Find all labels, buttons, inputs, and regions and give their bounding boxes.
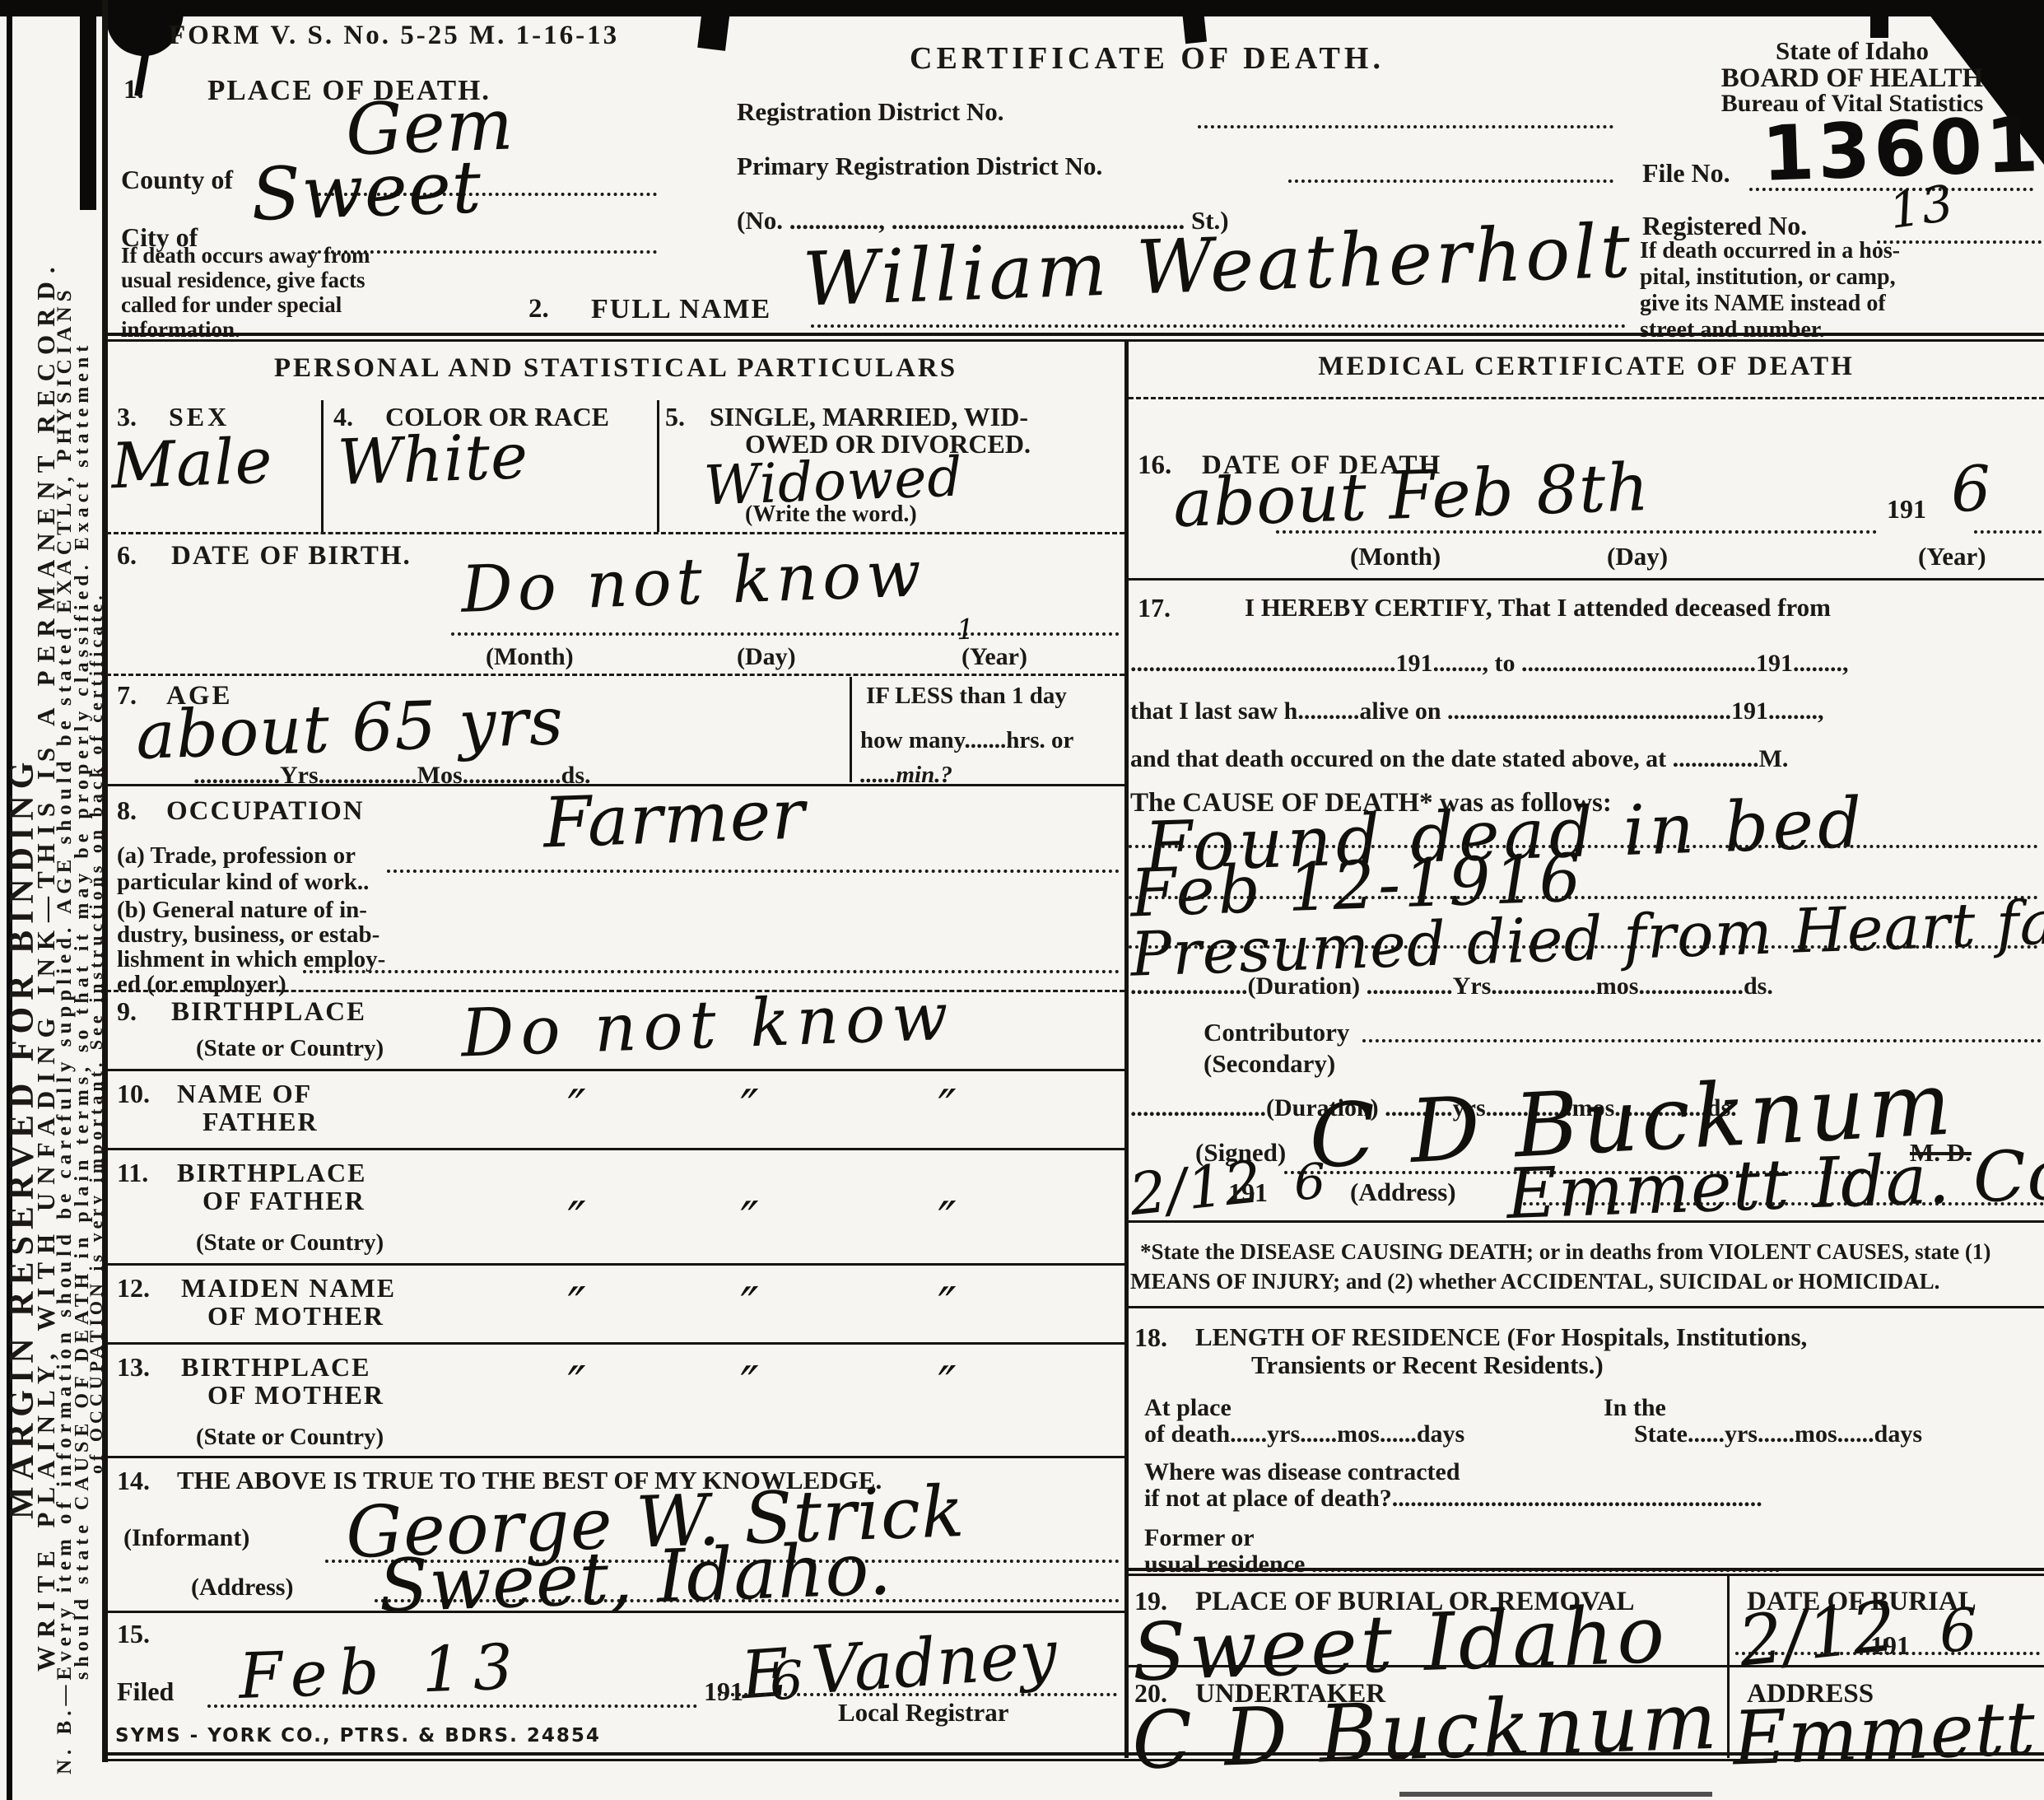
full-name-label: FULL NAME xyxy=(591,295,771,324)
birthplace-hint: (State or Country) xyxy=(196,1036,384,1061)
dotted-line xyxy=(1288,180,1613,183)
dotted-line xyxy=(303,970,1120,973)
certify-line4: and that death occured on the date state… xyxy=(1130,746,1788,772)
registration-district-label: Registration District No. xyxy=(737,99,1004,126)
mother-name-label-line1: MAIDEN NAME xyxy=(181,1275,396,1303)
scan-tear-mark xyxy=(697,8,730,51)
dotted-line xyxy=(718,1693,1117,1696)
hospital-note-line1: If death occurred in a hos- xyxy=(1640,239,1900,263)
agency-board: BOARD OF HEALTH xyxy=(1671,64,2033,93)
row-divider xyxy=(106,1148,1124,1150)
primary-district-label: Primary Registration District No. xyxy=(737,153,1102,180)
section-divider xyxy=(1129,1574,2044,1576)
occupation-b-line4: ed (or employer) xyxy=(117,972,286,996)
father-name-label-line1: NAME OF xyxy=(177,1080,312,1108)
certify-line1: I HEREBY CERTIFY, That I attended deceas… xyxy=(1245,595,1831,622)
dob-value-handwritten: Do not know xyxy=(460,542,927,623)
certify-line3: that I last saw h..........alive on ....… xyxy=(1130,698,1824,725)
dotted-line xyxy=(387,870,1120,873)
disease-contracted-line1: Where was disease contracted xyxy=(1144,1459,1460,1485)
marital-number: 5. xyxy=(665,403,685,431)
father-birthplace-label-line2: OF FATHER xyxy=(203,1187,365,1215)
birthplace-number: 9. xyxy=(117,998,137,1026)
filed-date-handwritten: Feb 13 xyxy=(238,1635,526,1708)
file-no-label: File No. xyxy=(1642,160,1730,188)
sex-number: 3. xyxy=(117,403,137,431)
registered-no-label: Registered No. xyxy=(1642,212,1807,240)
stray-mark: 1 xyxy=(956,616,975,645)
birthplace-value-handwritten: Do not know xyxy=(460,984,956,1067)
dotted-line xyxy=(1735,1652,2040,1655)
row-divider xyxy=(106,1456,1124,1458)
father-name-label-line2: FATHER xyxy=(203,1108,319,1136)
bottom-border xyxy=(106,1752,2044,1756)
undertaker-address-handwritten: Emmett Ida xyxy=(1732,1686,2044,1776)
informant-address-handwritten: Sweet, Idaho. xyxy=(378,1532,893,1623)
dob-label: DATE OF BIRTH. xyxy=(171,542,412,571)
burial-place-handwritten: Sweet Idaho xyxy=(1131,1595,1669,1693)
dotted-line xyxy=(1362,1039,2042,1042)
death-certificate-scan: MARGIN RESERVED FOR BINDING WRITE PLAINL… xyxy=(0,0,2044,1800)
ditto-mark: ″ xyxy=(740,1281,761,1331)
row-divider xyxy=(106,674,1124,676)
dotted-line xyxy=(1523,1202,2044,1205)
mother-name-number: 12. xyxy=(117,1275,150,1303)
scan-left-blot xyxy=(80,0,96,210)
filed-number: 15. xyxy=(117,1620,150,1648)
marital-label-line1: SINGLE, MARRIED, WID- xyxy=(710,403,1028,431)
occupation-number: 8. xyxy=(117,797,137,825)
ditto-mark: ″ xyxy=(567,1281,589,1331)
secondary-label: (Secondary) xyxy=(1204,1051,1335,1078)
residence-state-line: State......yrs......mos......days xyxy=(1634,1421,1922,1448)
form-number: FORM V. S. No. 5-25 M. 1-16-13 xyxy=(169,21,619,50)
residence-label-line1: LENGTH OF RESIDENCE (For Hospitals, Inst… xyxy=(1195,1324,1807,1351)
signed-address-label: (Address) xyxy=(1350,1179,1456,1206)
margin-border-line xyxy=(102,0,108,1762)
row-divider xyxy=(106,1263,1124,1266)
occupation-a-line2: particular kind of work.. xyxy=(117,870,369,894)
residence-number: 18. xyxy=(1134,1324,1167,1352)
death-day-hint: (Day) xyxy=(1607,543,1668,571)
row-divider xyxy=(1129,1665,2044,1667)
ditto-mark: ″ xyxy=(740,1196,761,1246)
ditto-mark: ″ xyxy=(567,1360,589,1411)
local-registrar-label: Local Registrar xyxy=(838,1700,1008,1727)
ditto-mark: ″ xyxy=(938,1084,959,1134)
ditto-mark: ″ xyxy=(567,1196,589,1246)
father-birthplace-label-line1: BIRTHPLACE xyxy=(177,1159,366,1187)
residence-label-line2: Transients or Recent Residents.) xyxy=(1251,1352,1604,1379)
informant-label: (Informant) xyxy=(123,1525,249,1551)
away-note-line4: information. xyxy=(121,318,240,341)
burial-year-printed: 191 xyxy=(1870,1632,1910,1660)
away-note-line2: usual residence, give facts xyxy=(121,268,365,291)
dotted-line xyxy=(1877,240,2042,244)
date-of-death-number: 16. xyxy=(1138,451,1171,480)
mother-birthplace-label-line2: OF MOTHER xyxy=(207,1382,384,1410)
residence-in-the-label: In the xyxy=(1604,1395,1666,1421)
date-of-death-handwritten: about Feb 8th xyxy=(1172,455,1651,537)
filed-label: Filed xyxy=(117,1678,174,1706)
scan-tear-mark xyxy=(1870,10,1888,38)
occupation-b-line2: dustry, business, or estab- xyxy=(117,922,379,947)
full-name-number: 2. xyxy=(528,295,549,324)
row-divider xyxy=(106,1611,1124,1613)
dob-month-hint: (Month) xyxy=(486,644,574,670)
hospital-note-line2: pital, institution, or camp, xyxy=(1640,265,1896,289)
county-label: County of xyxy=(121,166,233,194)
father-birthplace-hint: (State or Country) xyxy=(196,1230,384,1255)
dob-number: 6. xyxy=(117,542,137,570)
dotted-line xyxy=(811,324,1626,328)
scan-bottom-fragment xyxy=(1399,1792,1712,1797)
occupation-value-handwritten: Farmer xyxy=(542,779,807,857)
away-note-line1: If death occurs away from xyxy=(121,244,370,267)
race-value-handwritten: White xyxy=(337,425,529,494)
occupation-a-line1: (a) Trade, profession or xyxy=(117,843,356,868)
ditto-mark: ″ xyxy=(938,1360,959,1411)
sex-value-handwritten: Male xyxy=(110,430,274,498)
dotted-line xyxy=(1129,945,2038,949)
scan-top-edge xyxy=(0,0,2044,16)
mother-name-label-line2: OF MOTHER xyxy=(207,1303,384,1331)
former-residence-line1: Former or xyxy=(1144,1525,1255,1551)
row-divider xyxy=(1129,578,2044,581)
certificate-title: CERTIFICATE OF DEATH. xyxy=(910,43,1385,76)
dob-day-hint: (Day) xyxy=(737,644,796,670)
registered-no-handwritten: 13 xyxy=(1886,179,1957,236)
printer-credit: SYMS - YORK CO., PTRS. & BDRS. 24854 xyxy=(115,1726,601,1746)
ditto-mark: ″ xyxy=(938,1281,959,1331)
informant-address-label: (Address) xyxy=(191,1574,293,1601)
cause-footnote-line1: *State the DISEASE CAUSING DEATH; or in … xyxy=(1140,1240,1990,1263)
ditto-mark: ″ xyxy=(740,1360,761,1411)
if-less-line1: IF LESS than 1 day xyxy=(866,683,1067,708)
if-less-line2: how many.......hrs. or xyxy=(860,728,1073,753)
death-month-hint: (Month) xyxy=(1350,543,1441,571)
signed-year-handwritten: 6 xyxy=(1293,1157,1327,1207)
row-divider xyxy=(106,532,1124,534)
undertaker-handwritten: C D Bucknum xyxy=(1131,1681,1721,1781)
dotted-line xyxy=(451,632,1120,636)
knowledge-number: 14. xyxy=(117,1467,150,1495)
mother-birthplace-number: 13. xyxy=(117,1354,150,1382)
residence-at-place-line1: At place xyxy=(1144,1395,1232,1421)
father-birthplace-number: 11. xyxy=(117,1159,148,1187)
city-value-handwritten: Sweet xyxy=(250,151,483,231)
residence-at-place-line2: of death......yrs......mos......days xyxy=(1144,1421,1464,1448)
cause-footnote-line2: MEANS OF INJURY; and (2) whether ACCIDEN… xyxy=(1130,1270,1939,1293)
age-value-handwritten: about 65 yrs xyxy=(135,688,565,769)
section-divider xyxy=(1129,1568,2044,1571)
personal-section-title: PERSONAL AND STATISTICAL PARTICULARS xyxy=(106,354,1125,383)
row-divider xyxy=(106,1069,1124,1071)
row-divider xyxy=(1129,397,2044,399)
occupation-label: OCCUPATION xyxy=(166,797,365,826)
cause-duration-row: ...................(Duration) ..........… xyxy=(1130,973,1773,1000)
bottom-border xyxy=(106,1759,2044,1761)
ditto-mark: ″ xyxy=(567,1084,589,1134)
age-number: 7. xyxy=(117,682,137,710)
dotted-line xyxy=(1974,530,2042,534)
ditto-mark: ″ xyxy=(938,1196,959,1246)
father-name-number: 10. xyxy=(117,1080,150,1108)
hospital-note-line4: street and number. xyxy=(1640,318,1825,342)
occupation-b-line3: lishment in which employ- xyxy=(117,947,385,972)
cell-divider xyxy=(321,400,324,532)
birthplace-label: BIRTHPLACE xyxy=(171,998,366,1027)
disease-contracted-line2: if not at place of death?...............… xyxy=(1144,1485,1762,1512)
dotted-line xyxy=(1198,125,1613,128)
away-note-line3: called for under special xyxy=(121,293,342,316)
cell-divider xyxy=(657,400,659,532)
death-year-handwritten: 6 xyxy=(1950,457,1993,521)
row-divider xyxy=(106,1342,1124,1345)
certify-line2: ........................................… xyxy=(1130,651,1849,677)
contributory-label: Contributory xyxy=(1204,1019,1349,1047)
row-divider xyxy=(1129,1306,2044,1308)
certify-number: 17. xyxy=(1138,595,1171,623)
scan-tear-mark xyxy=(1182,9,1207,44)
section-divider xyxy=(106,333,2044,336)
hospital-note-line3: give its NAME instead of xyxy=(1640,291,1886,315)
mother-birthplace-hint: (State or Country) xyxy=(196,1425,384,1449)
place-of-death-number: 1. xyxy=(123,76,144,105)
cell-divider xyxy=(850,677,852,782)
dotted-line xyxy=(1276,530,1877,534)
row-divider xyxy=(1129,1220,2044,1223)
dob-year-hint: (Year) xyxy=(961,644,1027,670)
marital-hint: (Write the word.) xyxy=(745,502,917,526)
occupation-b-line1: (b) General nature of in- xyxy=(117,898,367,922)
filed-year-printed: 191 xyxy=(704,1678,743,1706)
section-divider xyxy=(106,339,2044,342)
mother-birthplace-label-line1: BIRTHPLACE xyxy=(181,1354,370,1382)
medical-section-title: MEDICAL CERTIFICATE OF DEATH xyxy=(1129,352,2044,381)
ditto-mark: ″ xyxy=(740,1084,761,1134)
death-year-hint: (Year) xyxy=(1918,543,1986,571)
signed-year-printed: 191 xyxy=(1228,1179,1268,1207)
column-divider xyxy=(1124,339,1129,1758)
death-year-printed: 191 xyxy=(1887,496,1926,524)
agency-state: State of Idaho xyxy=(1671,38,2033,65)
